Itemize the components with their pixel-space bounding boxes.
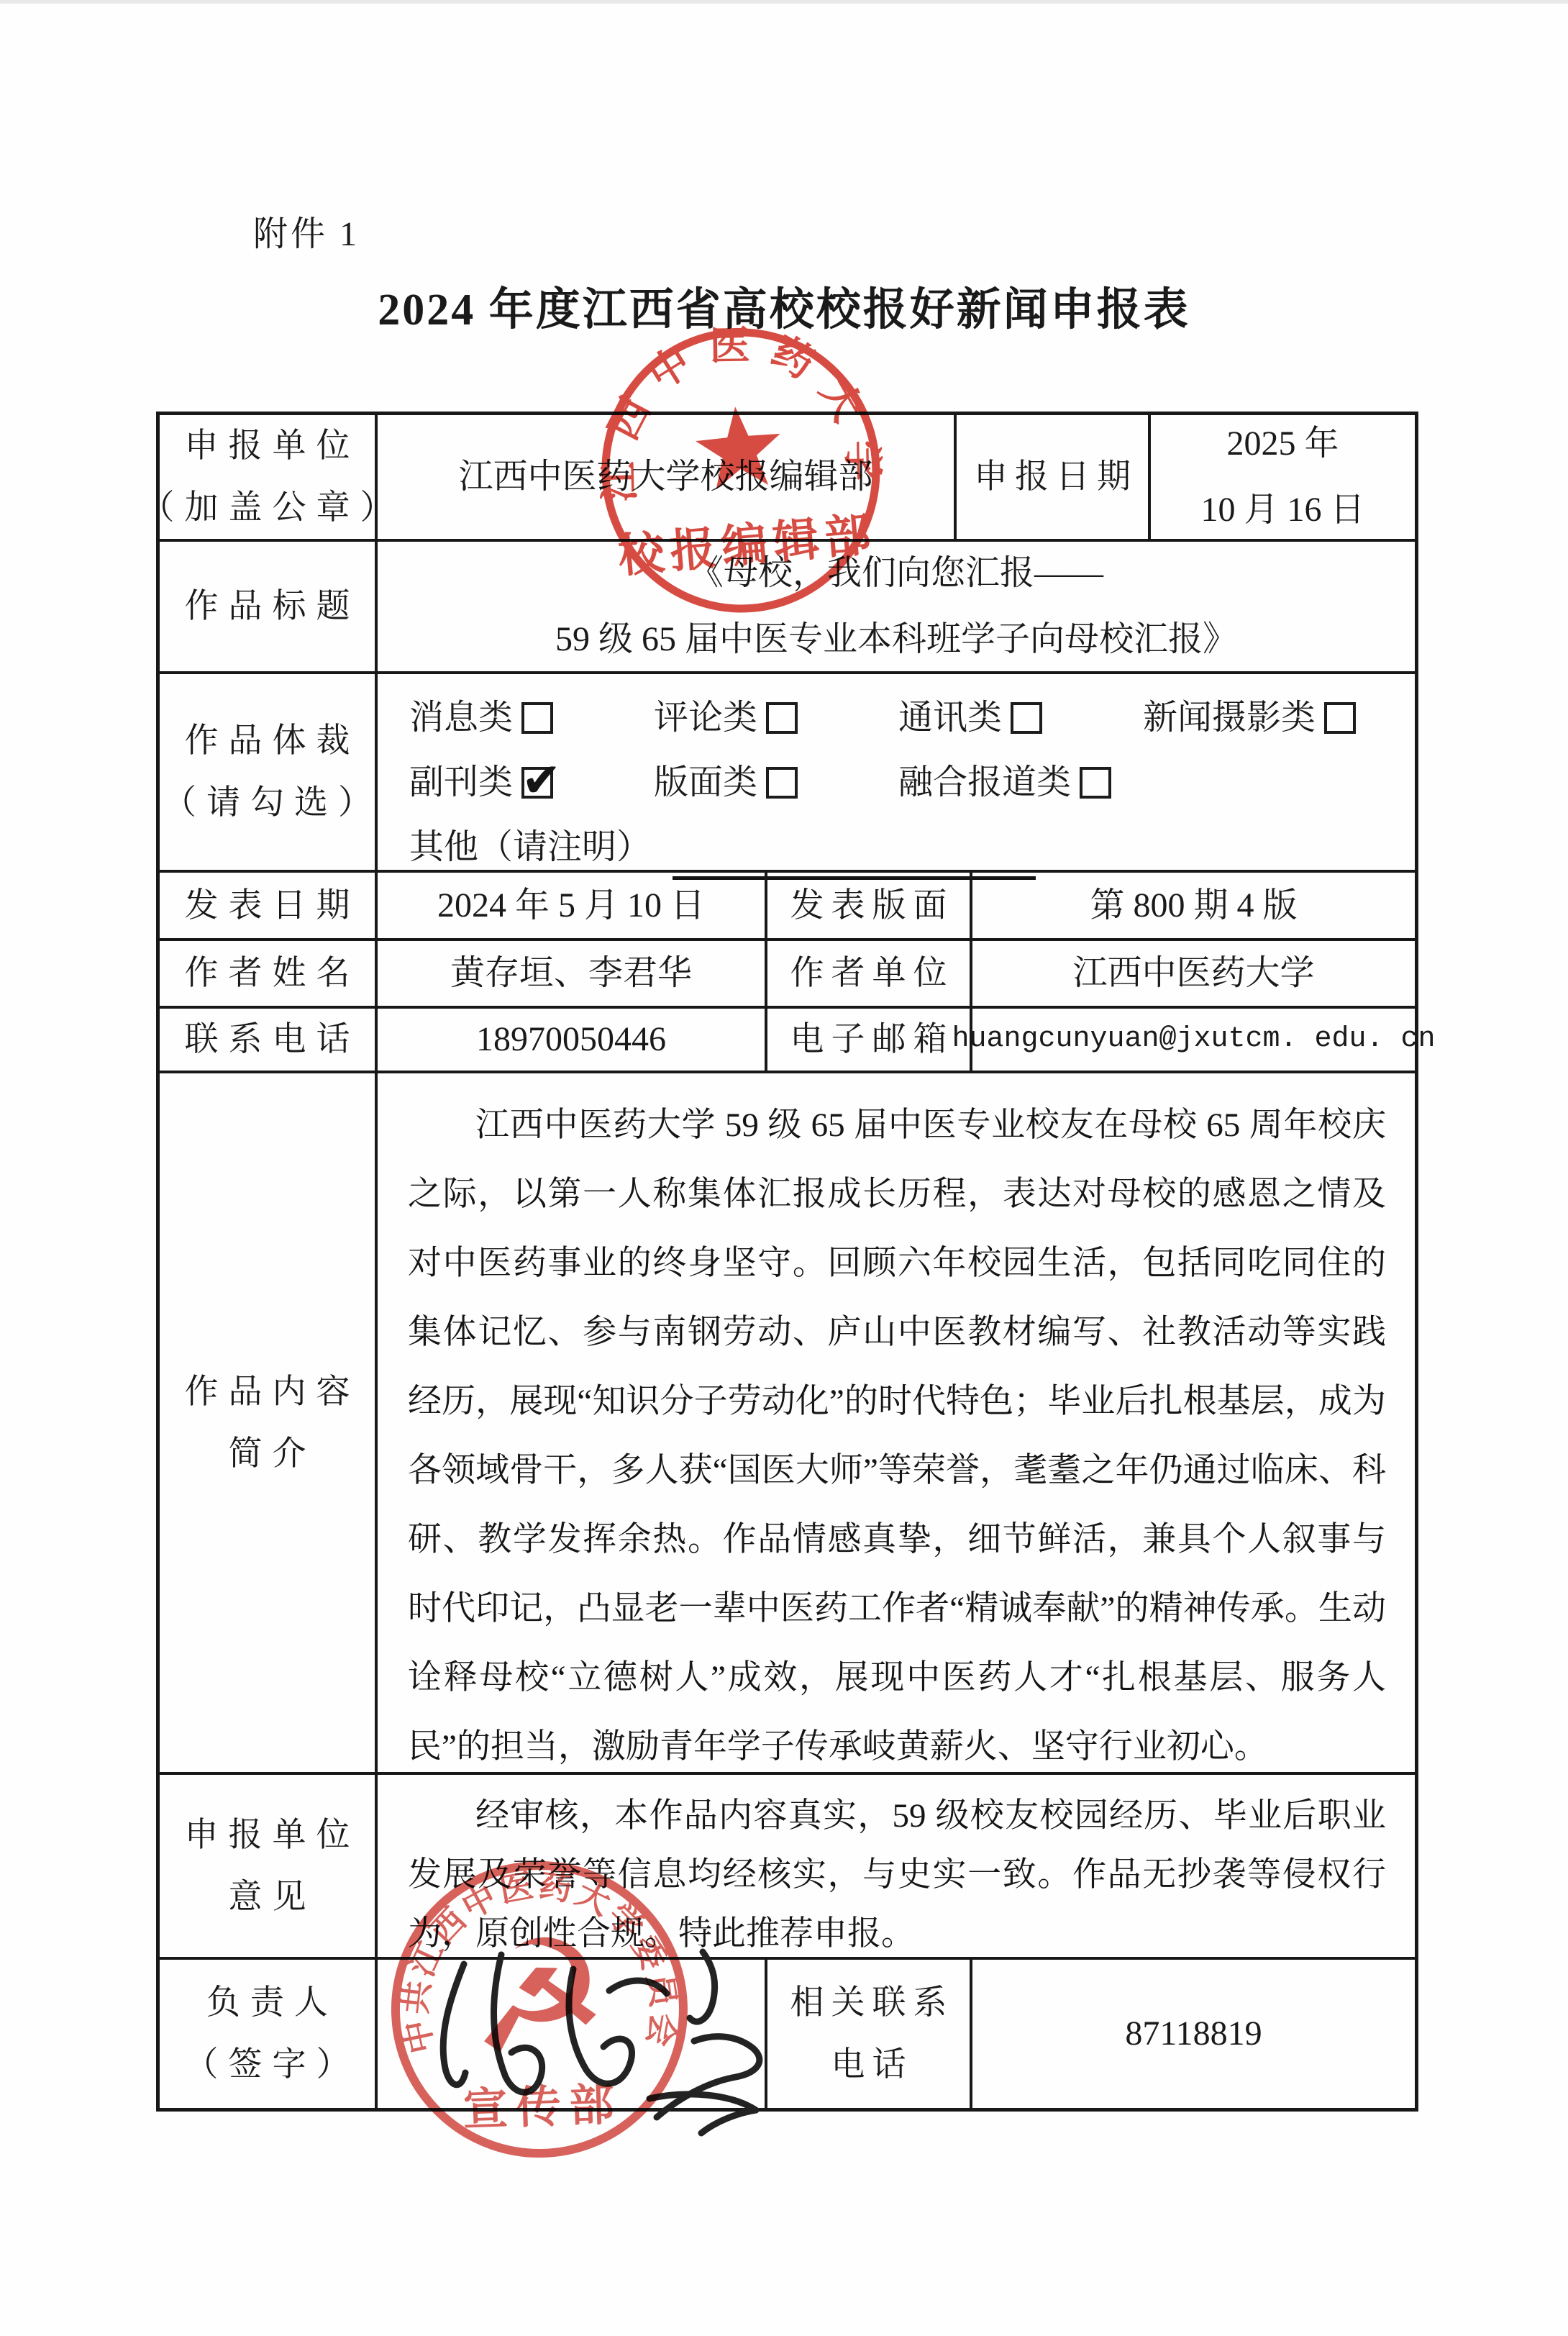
publish-page-value: 第 800 期 4 版 [972,873,1415,938]
genre-option-news: 消息类 [409,686,553,750]
genre-option-photo: 新闻摄影类 [1143,686,1356,750]
applicant-unit-value: 江西中医药大学校报编辑部 [378,415,957,539]
summary-label: 作品内容 简介 [160,1073,378,1772]
genre-label: 作品体裁 （请勾选） [160,674,378,870]
opinion-paragraph: 经审核，本作品内容真实，59 级校友校园经历、毕业后职业发展及荣誉等信息均经核实… [378,1775,1415,1963]
author-name-label: 作者姓名 [160,941,378,1006]
responsible-label: 负责人 （签字） [160,1960,378,2108]
opinion-content: 经审核，本作品内容真实，59 级校友校园经历、毕业后职业发展及荣誉等信息均经核实… [378,1775,1415,1957]
scan-edge-artifact [0,0,1568,4]
contact-phone-value: 87118819 [972,1960,1415,2108]
genre-option-communication: 通讯类 [898,686,1042,750]
work-title-label: 作品标题 [160,542,378,671]
row-applicant-unit: 申报单位 （加盖公章） 江西中医药大学校报编辑部 申报日期 2025 年 10 … [160,415,1415,542]
row-contact-info: 联系电话 18970050446 电子邮箱 huangcunyuan@jxutc… [160,1009,1415,1073]
genre-option-supplement: 副刊类 [409,750,553,815]
scanned-form-page: 附件 1 2024 年度江西省高校校报好新闻申报表 申报单位 （加盖公章） 江西… [0,0,1568,2336]
row-signature: 负责人 （签字） 相关联系 电话 87118819 [160,1960,1415,2108]
genre-other: 其他（请注明） [409,815,1036,880]
author-name-value: 黄存垣、李君华 [378,941,767,1006]
opinion-label: 申报单位 意见 [160,1775,378,1957]
summary-content: 江西中医药大学 59 级 65 届中医专业校友在母校 65 周年校庆之际，以第一… [378,1073,1415,1772]
genre-option-layout: 版面类 [654,750,798,815]
checkbox-icon [1324,702,1356,734]
phone-label: 联系电话 [160,1009,378,1071]
application-form-table: 申报单位 （加盖公章） 江西中医药大学校报编辑部 申报日期 2025 年 10 … [156,412,1418,2112]
attachment-label: 附件 1 [253,206,360,255]
row-author: 作者姓名 黄存垣、李君华 作者单位 江西中医药大学 [160,941,1415,1009]
form-title: 2024 年度江西省高校校报好新闻申报表 [0,273,1568,337]
author-unit-value: 江西中医药大学 [972,941,1415,1006]
checkbox-icon [521,702,553,734]
row-opinion: 申报单位 意见 经审核，本作品内容真实，59 级校友校园经历、毕业后职业发展及荣… [160,1775,1415,1960]
signature-cell [378,1960,767,2108]
work-title-value: 《母校，我们向您汇报—— 59 级 65 届中医专业本科班学子向母校汇报》 [378,542,1415,671]
checkbox-icon [1011,702,1042,734]
row-genre: 作品体裁 （请勾选） 消息类 评论类 通讯类 [160,674,1415,873]
genre-options-line2: 副刊类 版面类 融合报道类 [409,750,1111,815]
genre-options-line1: 消息类 评论类 通讯类 新闻摄影类 [409,686,1356,750]
email-value: huangcunyuan@jxutcm. edu. cn [972,1009,1415,1071]
publish-date-value: 2024 年 5 月 10 日 [378,873,767,938]
apply-date-label: 申报日期 [957,415,1151,539]
publish-page-label: 发表版面 [767,873,972,938]
publish-date-label: 发表日期 [160,873,378,938]
genre-option-commentary: 评论类 [654,686,798,750]
email-label: 电子邮箱 [767,1009,972,1071]
genre-option-converged: 融合报道类 [898,750,1111,815]
checkbox-icon [766,702,798,734]
phone-value: 18970050446 [378,1009,767,1071]
genre-options: 消息类 评论类 通讯类 新闻摄影类 [378,674,1415,870]
applicant-unit-label: 申报单位 （加盖公章） [160,415,378,539]
summary-paragraph: 江西中医药大学 59 级 65 届中医专业校友在母校 65 周年校庆之际，以第一… [378,1073,1415,1781]
row-work-title: 作品标题 《母校，我们向您汇报—— 59 级 65 届中医专业本科班学子向母校汇… [160,542,1415,674]
row-summary: 作品内容 简介 江西中医药大学 59 级 65 届中医专业校友在母校 65 周年… [160,1073,1415,1775]
checkbox-icon-checked [521,767,553,799]
row-publish: 发表日期 2024 年 5 月 10 日 发表版面 第 800 期 4 版 [160,873,1415,941]
contact-phone-label: 相关联系 电话 [767,1960,972,2108]
apply-date-value: 2025 年 10 月 16 日 [1151,415,1415,539]
checkbox-icon [766,767,798,799]
author-unit-label: 作者单位 [767,941,972,1006]
checkbox-icon [1080,767,1111,799]
